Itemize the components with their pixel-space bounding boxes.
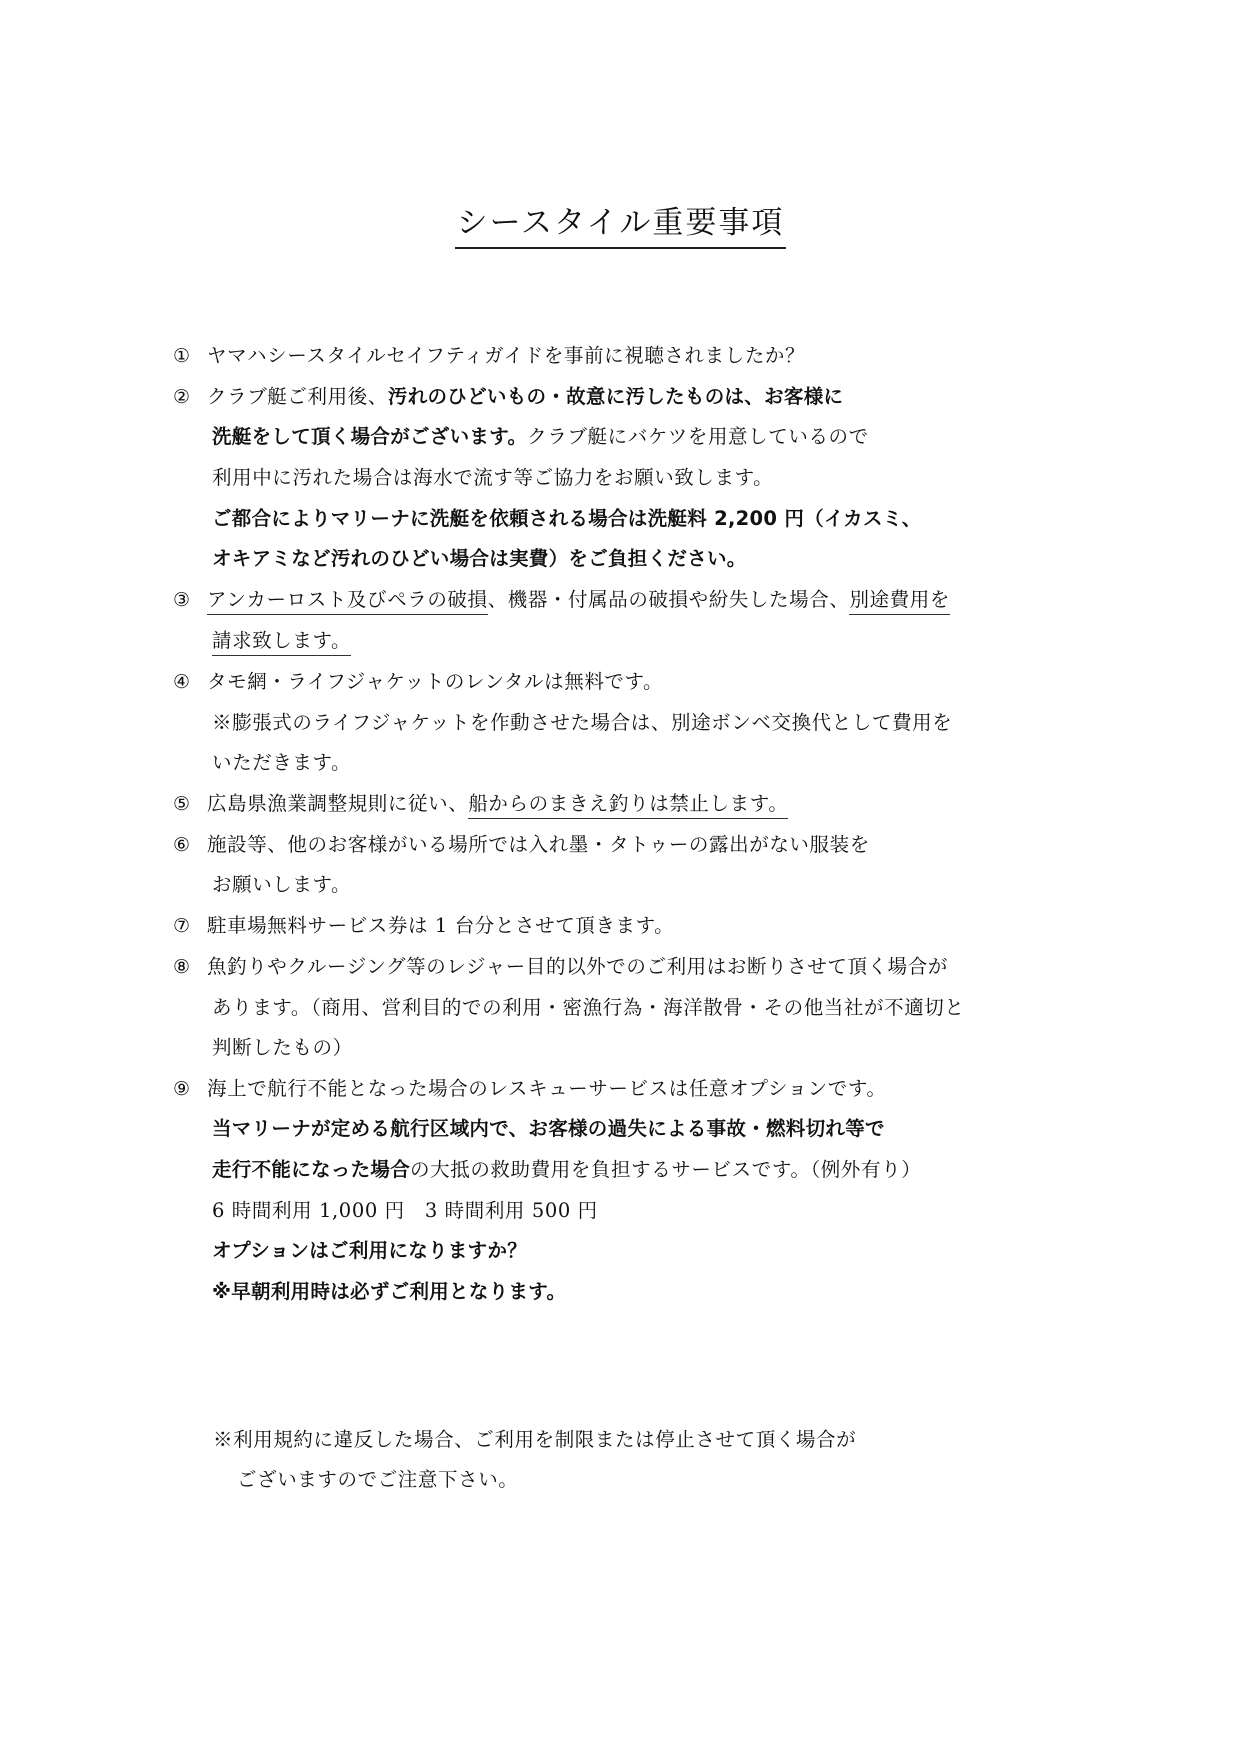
bold-text: オキアミなど汚れのひどい場合は実費）をご負担ください。 — [212, 547, 747, 570]
item-text: 施設等、他のお客様がいる場所では入れ墨・タトゥーの露出がない服装を — [207, 833, 870, 856]
underlined-text: 請求致します。 — [212, 629, 351, 656]
item-6-line-1: ⑥施設等、他のお客様がいる場所では入れ墨・タトゥーの露出がない服装を — [173, 832, 870, 858]
item-9-line-1: ⑨海上で航行不能となった場合のレスキューサービスは任意オプションです。 — [173, 1076, 887, 1102]
item-5-line-1: ⑤広島県漁業調整規則に従い、船からのまきえ釣りは禁止します。 — [173, 791, 788, 817]
bold-text: 走行不能になった場合 — [212, 1158, 410, 1181]
item-text: タモ網・ライフジャケットのレンタルは無料です。 — [207, 670, 663, 693]
item-1-line-1: ①ヤマハシースタイルセイフティガイドを事前に視聴されましたか？ — [173, 343, 805, 369]
footer-note-line-2: ございますのでご注意下さい。 — [237, 1467, 518, 1493]
underlined-text: アンカーロスト及びペラの破損 — [207, 588, 488, 615]
item-number: ④ — [173, 669, 207, 695]
item-text: 魚釣りやクルージング等のレジャー目的以外でのご利用はお断りさせて頂く場合が — [207, 955, 948, 978]
item-text: ※膨張式のライフジャケットを作動させた場合は、別途ボンベ交換代として費用を — [212, 711, 952, 734]
item-text: あります。（商用、営利目的での利用・密漁行為・海洋散骨・その他当社が不適切と — [212, 996, 965, 1019]
bold-text: 汚れのひどいもの・故意に汚したものは、お客様に — [388, 385, 843, 408]
item-number: ⑥ — [173, 832, 207, 858]
item-6-line-2: お願いします。 — [212, 872, 351, 898]
bold-text: ※早朝利用時は必ずご利用となります。 — [212, 1280, 566, 1303]
bold-text: オプションはご利用になりますか？ — [212, 1239, 527, 1262]
item-text: クラブ艇にバケツを用意しているので — [527, 425, 869, 448]
item-text: の大抵の救助費用を負担するサービスです。（例外有り） — [410, 1158, 921, 1181]
item-4-line-2: ※膨張式のライフジャケットを作動させた場合は、別途ボンベ交換代として費用を — [212, 710, 952, 736]
bold-text: ご都合によりマリーナに洗艇を依頼される場合は洗艇料 2,200 円（イカスミ、 — [212, 507, 922, 530]
item-text: クラブ艇ご利用後、 — [207, 385, 388, 408]
item-text: 、機器・付属品の破損や紛失した場合、 — [488, 588, 850, 611]
item-number: ⑧ — [173, 954, 207, 980]
bold-text: 洗艇をして頂く場合がございます。 — [212, 425, 527, 448]
item-8-line-3: 判断したもの） — [212, 1035, 353, 1061]
underlined-text: 別途費用を — [849, 588, 950, 615]
item-8-line-2: あります。（商用、営利目的での利用・密漁行為・海洋散骨・その他当社が不適切と — [212, 995, 965, 1021]
item-7-line-1: ⑦駐車場無料サービス券は 1 台分とさせて頂きます。 — [173, 913, 674, 939]
item-3-line-1: ③アンカーロスト及びペラの破損、機器・付属品の破損や紛失した場合、別途費用を — [173, 587, 950, 613]
item-2-line-4: ご都合によりマリーナに洗艇を依頼される場合は洗艇料 2,200 円（イカスミ、 — [212, 506, 922, 532]
item-4-line-1: ④タモ網・ライフジャケットのレンタルは無料です。 — [173, 669, 663, 695]
item-text: 駐車場無料サービス券は 1 台分とさせて頂きます。 — [207, 914, 674, 937]
item-text: ヤマハシースタイルセイフティガイドを事前に視聴されましたか？ — [207, 344, 805, 367]
bold-text: 当マリーナが定める航行区域内で、お客様の過失による事故・燃料切れ等で — [212, 1117, 885, 1140]
item-number: ⑦ — [173, 913, 207, 939]
item-9-line-6: ※早朝利用時は必ずご利用となります。 — [212, 1279, 566, 1305]
item-number: ② — [173, 384, 207, 410]
item-9-line-3: 走行不能になった場合の大抵の救助費用を負担するサービスです。（例外有り） — [212, 1157, 921, 1183]
underlined-text: 船からのまきえ釣りは禁止します。 — [468, 792, 788, 819]
item-2-line-1: ②クラブ艇ご利用後、汚れのひどいもの・故意に汚したものは、お客様に — [173, 384, 843, 410]
item-text: いただきます。 — [212, 751, 351, 774]
item-9-line-4: 6 時間利用 1,000 円 3 時間利用 500 円 — [212, 1198, 598, 1224]
item-3-line-2: 請求致します。 — [212, 628, 351, 654]
item-number: ③ — [173, 587, 207, 613]
item-8-line-1: ⑧魚釣りやクルージング等のレジャー目的以外でのご利用はお断りさせて頂く場合が — [173, 954, 948, 980]
item-text: 6 時間利用 1,000 円 3 時間利用 500 円 — [212, 1199, 598, 1222]
item-text: お願いします。 — [212, 873, 351, 896]
document-page: シースタイル重要事項 ①ヤマハシースタイルセイフティガイドを事前に視聴されました… — [0, 0, 1241, 1755]
item-number: ⑨ — [173, 1076, 207, 1102]
item-text: 利用中に汚れた場合は海水で流す等ご協力をお願い致します。 — [212, 466, 773, 489]
footer-note-line-1: ※利用規約に違反した場合、ご利用を制限または停止させて頂く場合が — [213, 1427, 856, 1453]
item-4-line-3: いただきます。 — [212, 750, 351, 776]
item-text: 判断したもの） — [212, 1036, 353, 1059]
item-2-line-2: 洗艇をして頂く場合がございます。クラブ艇にバケツを用意しているので — [212, 424, 869, 450]
item-9-line-5: オプションはご利用になりますか？ — [212, 1238, 527, 1264]
document-title: シースタイル重要事項 — [0, 203, 1241, 249]
item-number: ① — [173, 343, 207, 369]
item-text: 海上で航行不能となった場合のレスキューサービスは任意オプションです。 — [207, 1077, 887, 1100]
item-number: ⑤ — [173, 791, 207, 817]
item-text: 広島県漁業調整規則に従い、 — [207, 792, 468, 815]
item-2-line-5: オキアミなど汚れのひどい場合は実費）をご負担ください。 — [212, 546, 747, 572]
item-2-line-3: 利用中に汚れた場合は海水で流す等ご協力をお願い致します。 — [212, 465, 773, 491]
item-9-line-2: 当マリーナが定める航行区域内で、お客様の過失による事故・燃料切れ等で — [212, 1116, 885, 1142]
